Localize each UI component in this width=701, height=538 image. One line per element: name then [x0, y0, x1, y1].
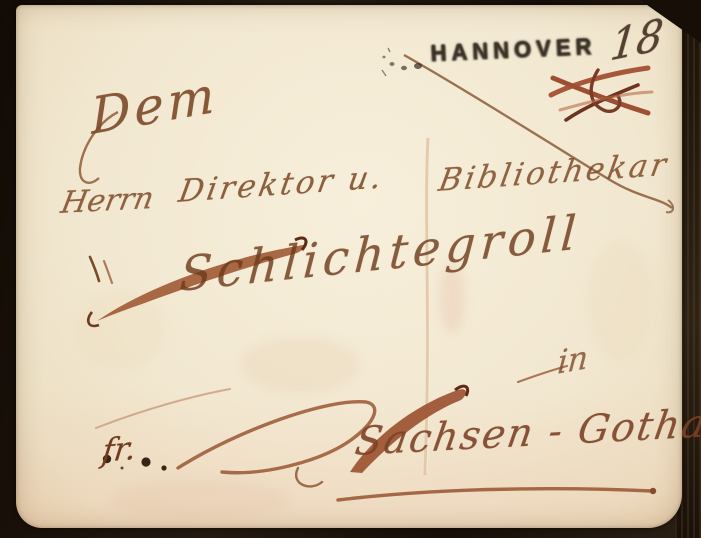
address-line2-word-1: Herrn	[58, 181, 157, 221]
franco-word-flourish	[96, 389, 375, 486]
destination-underline	[338, 488, 656, 500]
address-preposition: in	[556, 337, 590, 382]
crossed-out-rate-marking	[551, 68, 652, 120]
stray-ink-mark	[90, 257, 112, 283]
franco-note: fr.	[100, 428, 138, 470]
postal-cover-photo: HANNOVER 18 Dem Herrn Direktor u. Biblio…	[0, 0, 701, 538]
